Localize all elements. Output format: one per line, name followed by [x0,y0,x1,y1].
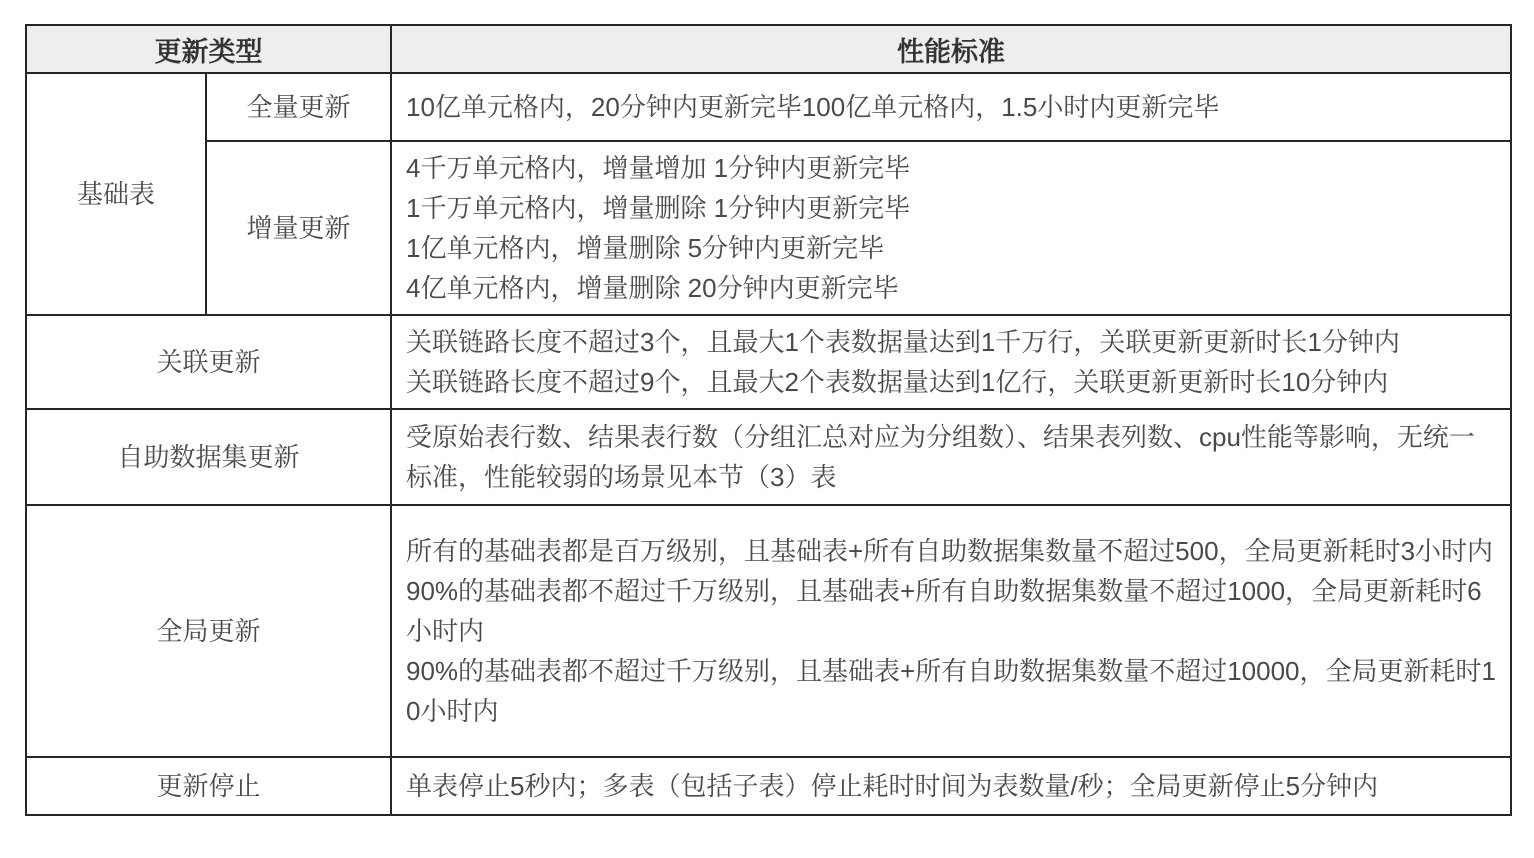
standard-cell-update-stop: 单表停止5秒内；多表（包括子表）停止耗时时间为表数量/秒；全局更新停止5分钟内 [391,757,1511,815]
table-row-association-update: 关联更新 关联链路长度不超过3个，且最大1个表数据量达到1千万行，关联更新更新时… [26,315,1511,409]
standard-cell-self-service-dataset-update: 受原始表行数、结果表行数（分组汇总对应为分组数）、结果表列数、cpu性能等影响，… [391,409,1511,505]
table-header-row: 更新类型 性能标准 [26,25,1511,73]
standard-cell-association-update: 关联链路长度不超过3个，且最大1个表数据量达到1千万行，关联更新更新时长1分钟内… [391,315,1511,409]
performance-standard-table: 更新类型 性能标准 基础表 全量更新 10亿单元格内，20分钟内更新完毕100亿… [25,24,1512,816]
standard-cell-full-update: 10亿单元格内，20分钟内更新完毕100亿单元格内，1.5小时内更新完毕 [391,73,1511,141]
standard-cell-incremental-update: 4千万单元格内，增量增加 1分钟内更新完毕 1千万单元格内，增量删除 1分钟内更… [391,141,1511,315]
category-cell-association-update: 关联更新 [26,315,391,409]
category-cell-base-table: 基础表 [26,73,206,315]
standard-cell-global-update: 所有的基础表都是百万级别，且基础表+所有自助数据集数量不超过500，全局更新耗时… [391,505,1511,757]
category-cell-update-stop: 更新停止 [26,757,391,815]
header-cell-performance-standard: 性能标准 [391,25,1511,73]
category-cell-self-service-dataset-update: 自助数据集更新 [26,409,391,505]
table-row-incremental-update: 增量更新 4千万单元格内，增量增加 1分钟内更新完毕 1千万单元格内，增量删除 … [26,141,1511,315]
table-row-global-update: 全局更新 所有的基础表都是百万级别，且基础表+所有自助数据集数量不超过500，全… [26,505,1511,757]
header-cell-update-type: 更新类型 [26,25,391,73]
table-row-full-update: 基础表 全量更新 10亿单元格内，20分钟内更新完毕100亿单元格内，1.5小时… [26,73,1511,141]
subcategory-cell-full-update: 全量更新 [206,73,391,141]
table-row-self-service-dataset-update: 自助数据集更新 受原始表行数、结果表行数（分组汇总对应为分组数）、结果表列数、c… [26,409,1511,505]
table-row-update-stop: 更新停止 单表停止5秒内；多表（包括子表）停止耗时时间为表数量/秒；全局更新停止… [26,757,1511,815]
category-cell-global-update: 全局更新 [26,505,391,757]
subcategory-cell-incremental-update: 增量更新 [206,141,391,315]
